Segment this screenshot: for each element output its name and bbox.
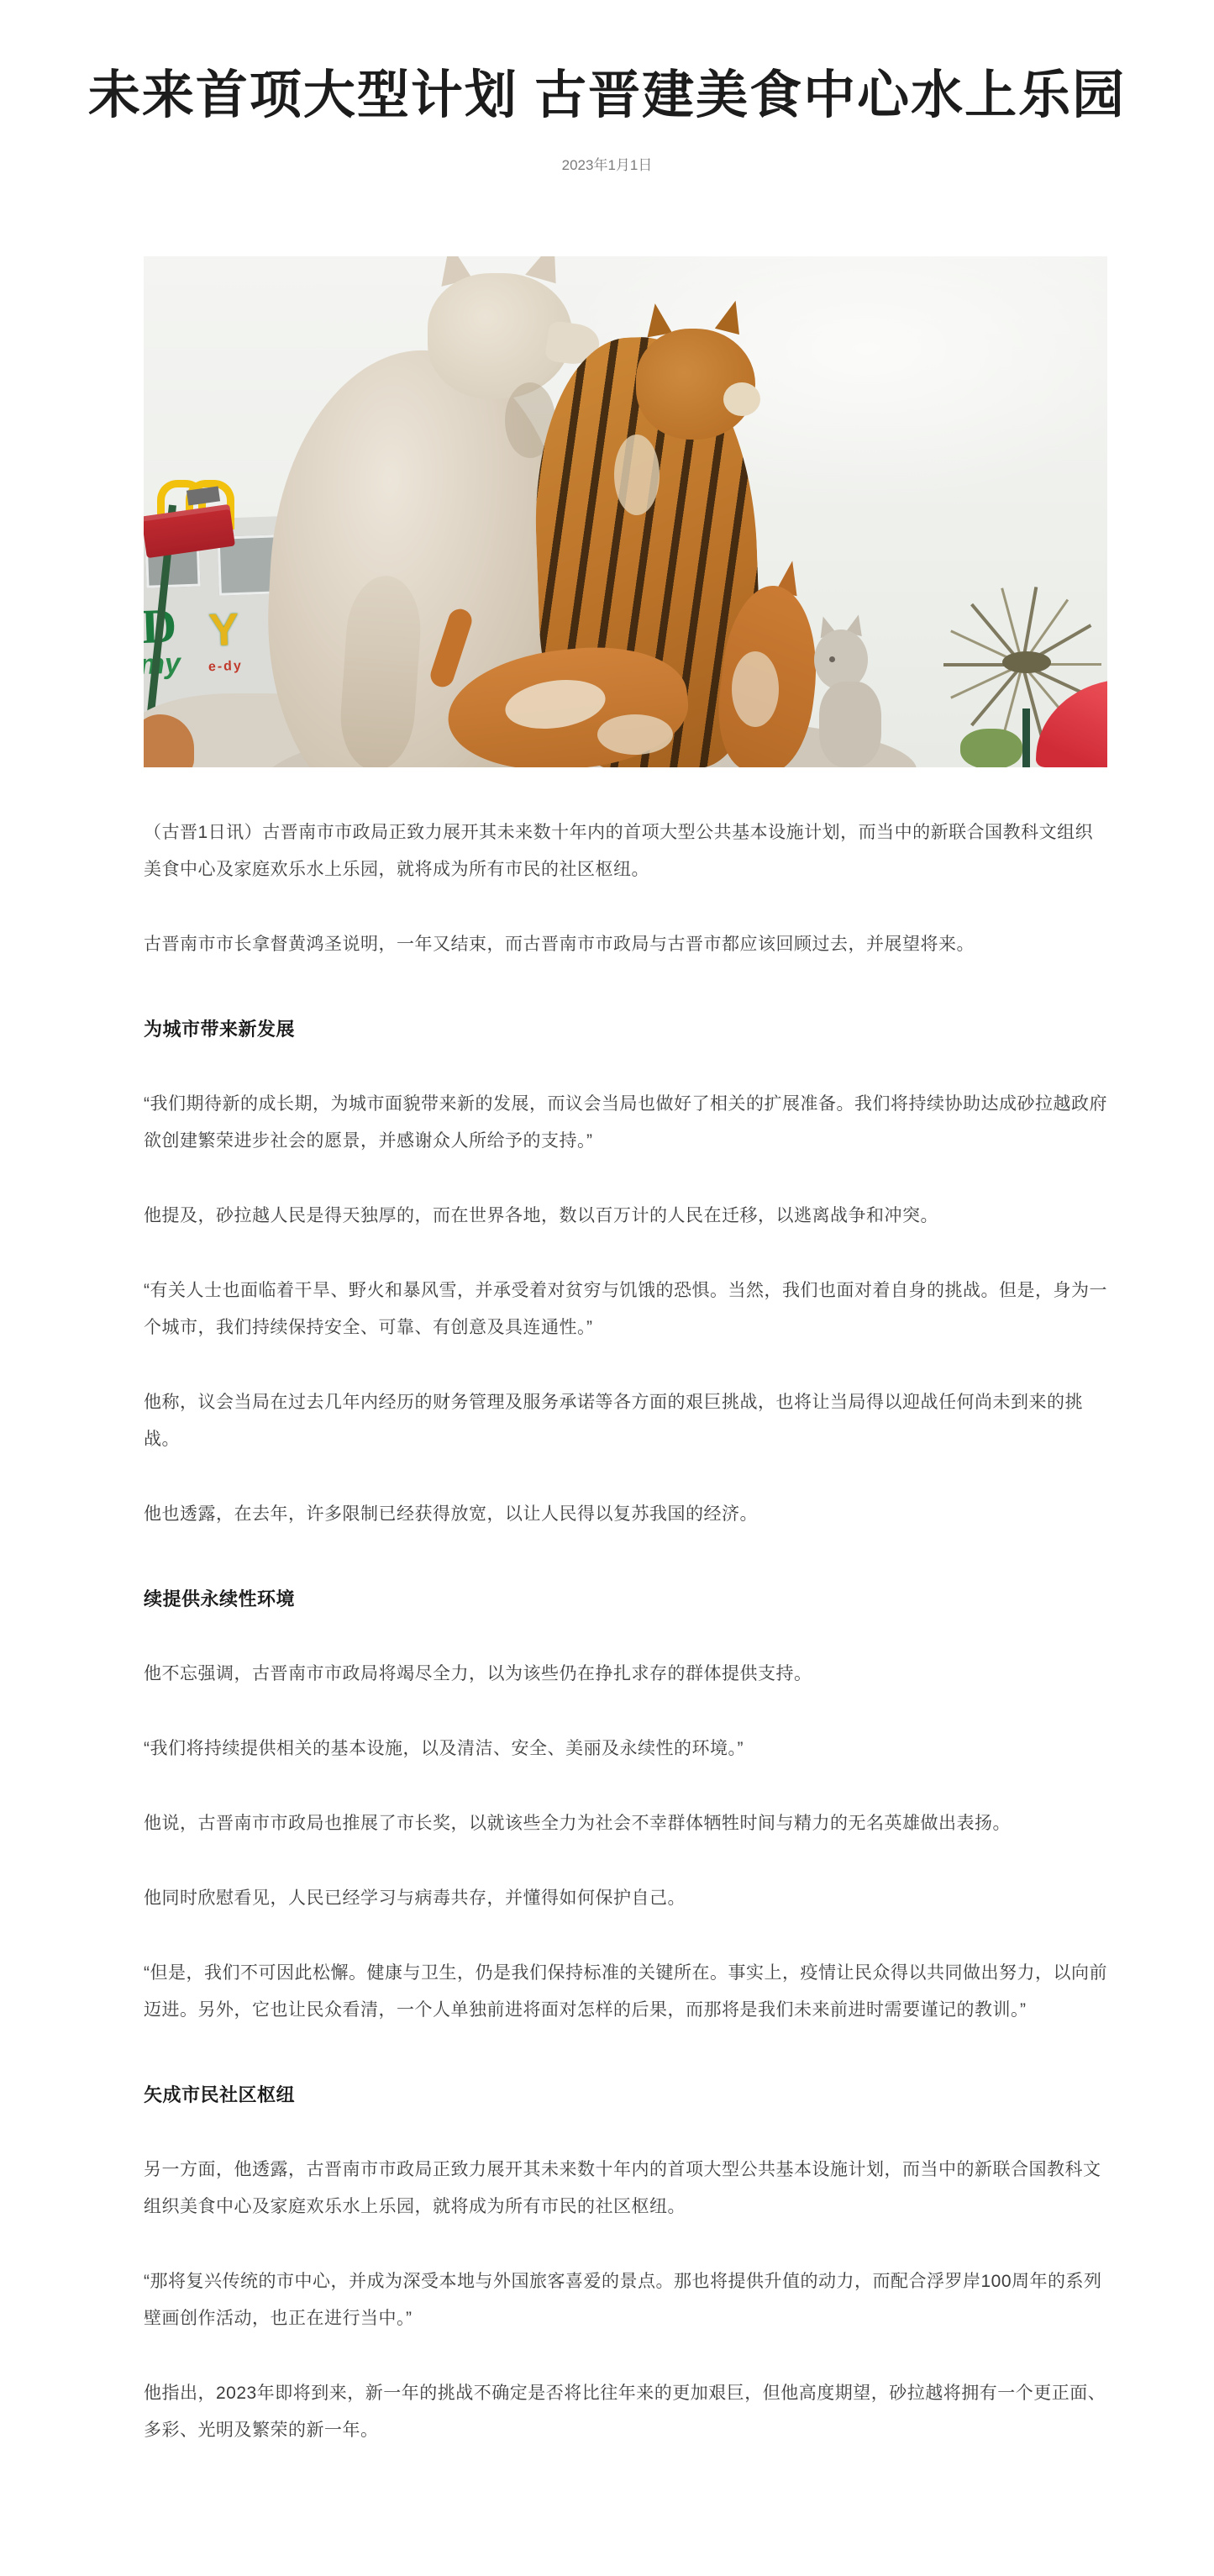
paragraph: “我们将持续提供相关的基本设施，以及清洁、安全、美丽及永续性的环境。”	[144, 1731, 1108, 1767]
article-body: （古晋1日讯）古晋南市市政局正致力展开其未来数十年内的首项大型公共基本设施计划，…	[144, 814, 1108, 2495]
paragraph: “那将复兴传统的市中心，并成为深受本地与外国旅客喜爱的景点。那也将提供升值的动力…	[144, 2263, 1108, 2337]
paragraph: “但是，我们不可因此松懈。健康与卫生，仍是我们保持标准的关键所在。事实上，疫情让…	[144, 1955, 1108, 2029]
paragraph: 他不忘强调，古晋南市市政局将竭尽全力，以为该些仍在挣扎求存的群体提供支持。	[144, 1656, 1108, 1693]
section-heading: 矢成市民社区枢纽	[144, 2083, 1108, 2108]
cat-statues-photo: D Y my e-dy	[144, 256, 1107, 767]
palm-frond	[970, 664, 1023, 727]
striped-cat-chest	[614, 435, 660, 515]
building-sign-letters-small: e-dy	[208, 659, 244, 675]
striped-cat-muzzle	[723, 382, 760, 416]
article-title: 未来首项大型计划 古晋建美食中心水上乐园	[25, 66, 1189, 126]
section-intro: （古晋1日讯）古晋南市市政局正致力展开其未来数十年内的首项大型公共基本设施计划，…	[144, 814, 1108, 963]
content-column: D Y my e-dy	[144, 256, 1108, 2495]
palm-tree-trunk	[1022, 709, 1030, 767]
paragraph: 另一方面，他透露，古晋南市市政局正致力展开其未来数十年内的首项大型公共基本设施计…	[144, 2152, 1108, 2226]
section-heading: 为城市带来新发展	[144, 1017, 1108, 1042]
paragraph: “我们期待新的成长期，为城市面貌带来新的发展，而议会当局也做好了相关的扩展准备。…	[144, 1086, 1108, 1160]
gray-kitten-eye	[829, 656, 835, 662]
green-foliage	[960, 729, 1022, 767]
paragraph: 他称，议会当局在过去几年内经历的财务管理及服务承诺等各方面的艰巨挑战，也将让当局…	[144, 1384, 1108, 1458]
paragraph: （古晋1日讯）古晋南市市政局正致力展开其未来数十年内的首项大型公共基本设施计划，…	[144, 814, 1108, 888]
paragraph: 他提及，砂拉越人民是得天独厚的，而在世界各地，数以百万计的人民在迁移，以逃离战争…	[144, 1198, 1108, 1235]
kitten-white-patch	[597, 714, 673, 755]
paragraph: 他指出，2023年即将到来，新一年的挑战不确定是否将比往年来的更加艰巨，但他高度…	[144, 2375, 1108, 2449]
article-header: 未来首项大型计划 古晋建美食中心水上乐园 2023年1月1日	[0, 66, 1214, 175]
building-sign-letter-y: Y	[208, 603, 239, 656]
paragraph: 他说，古晋南市市政局也推展了市长奖，以就该些全力为社会不幸群体牺牲时间与精力的无…	[144, 1805, 1108, 1842]
gray-kitten-body	[819, 682, 881, 767]
section-new-development: 为城市带来新发展 “我们期待新的成长期，为城市面貌带来新的发展，而议会当局也做好…	[144, 1017, 1108, 1533]
section-sustainable-environment: 续提供永续性环境 他不忘强调，古晋南市市政局将竭尽全力，以为该些仍在挣扎求存的群…	[144, 1587, 1108, 2029]
palm-tree-crown	[1002, 651, 1051, 673]
paragraph: 他同时欣慰看见，人民已经学习与病毒共存，并懂得如何保护自己。	[144, 1880, 1108, 1917]
striped-cat-ear	[715, 298, 747, 335]
striped-cat-ear	[642, 302, 672, 338]
paragraph: 他也透露，在去年，许多限制已经获得放宽，以让人民得以复苏我国的经济。	[144, 1496, 1108, 1533]
article-date: 2023年1月1日	[0, 156, 1214, 175]
section-community-hub: 矢成市民社区枢纽 另一方面，他透露，古晋南市市政局正致力展开其未来数十年内的首项…	[144, 2083, 1108, 2449]
section-heading: 续提供永续性环境	[144, 1587, 1108, 1612]
kitten-white-patch	[732, 651, 779, 727]
paragraph: “有关人士也面临着干旱、野火和暴风雪，并承受着对贫穷与饥饿的恐惧。当然，我们也面…	[144, 1272, 1108, 1346]
building-sign-letters-my: my	[144, 647, 181, 682]
paragraph: 古晋南市市长拿督黄鸿圣说明，一年又结束，而古晋南市市政局与古晋市都应该回顾过去，…	[144, 926, 1108, 963]
